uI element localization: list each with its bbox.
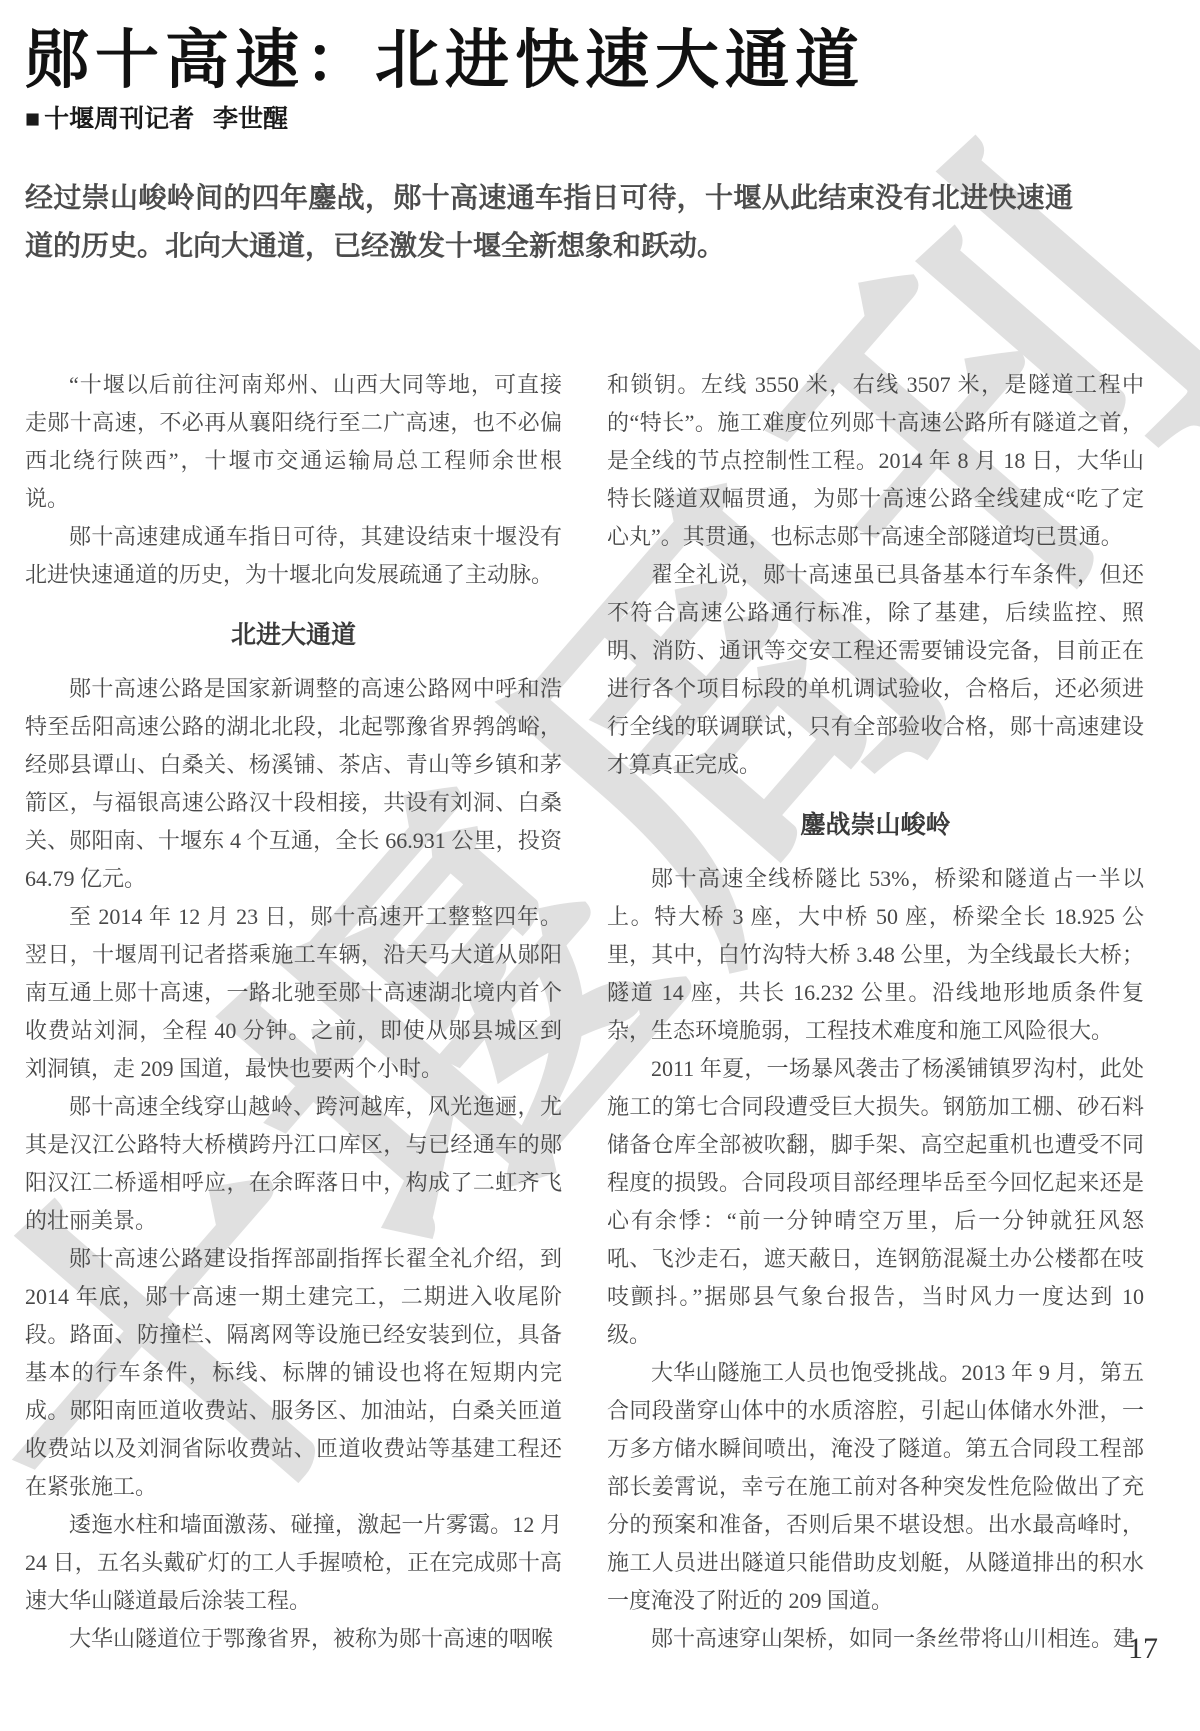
paragraph: 郧十高速全线穿山越岭、跨河越库，风光迤逦，尤其是汉江公路特大桥横跨丹江口库区，与… [25, 1088, 562, 1240]
paragraph: 翟全礼说，郧十高速虽已具备基本行车条件，但还不符合高速公路通行标准，除了基建，后… [607, 556, 1144, 784]
paragraph: 和锁钥。左线 3550 米，右线 3507 米，是隧道工程中的“特长”。施工难度… [607, 366, 1144, 556]
article-title: 郧十高速：北进快速大通道 [25, 28, 1150, 94]
paragraph: 大华山隧道位于鄂豫省界，被称为郧十高速的咽喉 [25, 1620, 562, 1658]
section-heading: 北进大通道 [25, 620, 562, 650]
paragraph: 郧十高速穿山架桥，如同一条丝带将山川相连。建 [607, 1620, 1144, 1658]
paragraph: 郧十高速公路是国家新调整的高速公路网中呼和浩特至岳阳高速公路的湖北北段，北起鄂豫… [25, 670, 562, 898]
paragraph: 郧十高速建成通车指日可待，其建设结束十堰没有北进快速通道的历史，为十堰北向发展疏… [25, 518, 562, 594]
magazine-page: 十堰周刊 郧十高速：北进快速大通道 ■十堰周刊记者 李世醒 经过崇山峻岭间的四年… [0, 0, 1200, 1731]
paragraph: 郧十高速全线桥隧比 53%，桥梁和隧道占一半以上。特大桥 3 座，大中桥 50 … [607, 860, 1144, 1050]
left-column: “十堰以后前往河南郑州、山西大同等地，可直接走郧十高速，不必再从襄阳绕行至二广高… [25, 366, 562, 1658]
paragraph: “十堰以后前往河南郑州、山西大同等地，可直接走郧十高速，不必再从襄阳绕行至二广高… [25, 366, 562, 518]
paragraph: 至 2014 年 12 月 23 日，郧十高速开工整整四年。翌日，十堰周刊记者搭… [25, 898, 562, 1088]
byline-text: 十堰周刊记者 李世醒 [44, 105, 288, 133]
page-number: 17 [1128, 1632, 1158, 1666]
paragraph: 2011 年夏，一场暴风袭击了杨溪铺镇罗沟村，此处施工的第七合同段遭受巨大损失。… [607, 1050, 1144, 1354]
article: 郧十高速：北进快速大通道 ■十堰周刊记者 李世醒 经过崇山峻岭间的四年鏖战，郧十… [0, 0, 1200, 1658]
paragraph: 大华山隧施工人员也饱受挑战。2013 年 9 月，第五合同段凿穿山体中的水质溶腔… [607, 1354, 1144, 1620]
byline: ■十堰周刊记者 李世醒 [25, 104, 1150, 134]
section-heading: 鏖战崇山峻岭 [607, 810, 1144, 840]
lead-paragraph: 经过崇山峻岭间的四年鏖战，郧十高速通车指日可待，十堰从此结束没有北进快速通道的历… [25, 174, 1073, 270]
byline-square-marker: ■ [25, 105, 40, 133]
right-column: 和锁钥。左线 3550 米，右线 3507 米，是隧道工程中的“特长”。施工难度… [607, 366, 1144, 1658]
paragraph: 逶迤水柱和墙面激荡、碰撞，激起一片雾霭。12 月 24 日，五名头戴矿灯的工人手… [25, 1506, 562, 1620]
paragraph: 郧十高速公路建设指挥部副指挥长翟全礼介绍，到 2014 年底，郧十高速一期土建完… [25, 1240, 562, 1506]
article-body: “十堰以后前往河南郑州、山西大同等地，可直接走郧十高速，不必再从襄阳绕行至二广高… [25, 366, 1150, 1658]
